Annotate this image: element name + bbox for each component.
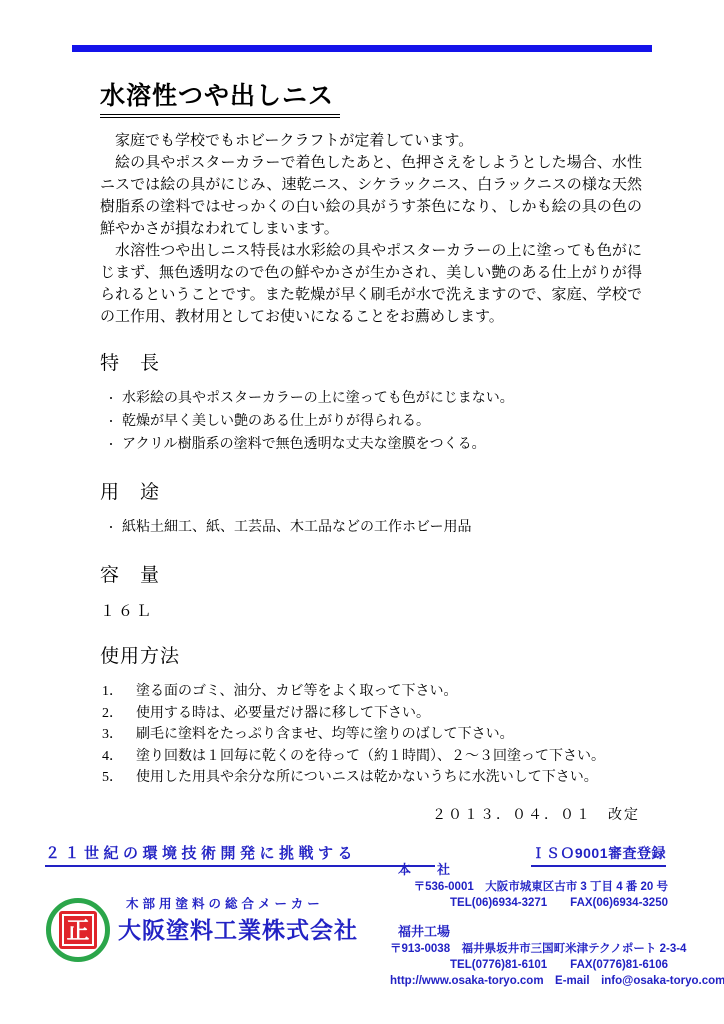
fukui-plant-label: 福井工場 (390, 924, 668, 940)
step-text: 使用する時は、必要量だけ器に移して下さい。 (136, 703, 430, 725)
usage-step: 4． 塗り回数は１回毎に乾くのを待って（約１時間）、２～３回塗って下さい。 (100, 746, 642, 768)
product-title: 水溶性つや出しニス (100, 76, 340, 118)
company-footer: ２１世紀の環境技術開発に挑戦する ＩＳＯ9001審査登録 正 木部用塗料の総合メ… (0, 842, 724, 1024)
usage-step: 5． 使用した用具や余分な所についニスは乾かないうちに水洗いして下さい。 (100, 767, 642, 789)
intro-paragraphs: 家庭でも学校でもホビークラフトが定着しています。 絵の具やポスターカラーで着色し… (100, 130, 642, 328)
list-item: ・ 紙粘土細工、紙、工芸品、木工品などの工作ホビー用品 (100, 517, 642, 540)
fukui-plant-phone: TEL(0776)81-6101 FAX(0776)81-6106 (390, 957, 668, 973)
intro-paragraph: 家庭でも学校でもホビークラフトが定着しています。 (100, 130, 642, 152)
company-name: 大阪塗料工業株式会社 (118, 912, 358, 945)
intro-paragraph: 絵の具やポスターカラーで着色したあと、色押さえをしようとした場合、水性ニスでは絵… (100, 152, 642, 240)
section-heading-usage: 使用方法 (100, 641, 642, 668)
revision-date: ２０１３．０４．０１ 改定 (100, 804, 642, 824)
fukui-plant-address: 〒913-0038 福井県坂井市三国町米津テクノポート 2-3-4 (390, 941, 668, 957)
use-text: 紙粘土細工、紙、工芸品、木工品などの工作ホビー用品 (122, 517, 471, 540)
office-info: 本 社 〒536-0001 大阪市城東区古市 3 丁目 4 番 20 号 TEL… (390, 862, 668, 1002)
company-tagline: 木部用塗料の総合メーカー (126, 894, 324, 912)
feature-text: 水彩絵の具やポスターカラーの上に塗っても色がにじまない。 (122, 388, 514, 411)
capacity-value: １６Ｌ (100, 600, 642, 621)
head-office-label: 本 社 (390, 862, 668, 878)
step-text: 使用した用具や余分な所についニスは乾かないうちに水洗いして下さい。 (136, 767, 598, 789)
step-number: 5． (100, 767, 136, 789)
bullet-icon: ・ (100, 411, 122, 434)
top-rule-bar (72, 45, 652, 52)
step-number: 4． (100, 746, 136, 768)
step-text: 刷毛に塗料をたっぷり含ませ、均等に塗りのばして下さい。 (136, 724, 514, 746)
bullet-icon: ・ (100, 517, 122, 540)
feature-text: 乾燥が早く美しい艶のある仕上がりが得られる。 (122, 411, 430, 434)
usage-step: 1． 塗る面のゴミ、油分、カビ等をよく取って下さい。 (100, 681, 642, 703)
uses-list: ・ 紙粘土細工、紙、工芸品、木工品などの工作ホビー用品 (100, 517, 642, 540)
step-text: 塗る面のゴミ、油分、カビ等をよく取って下さい。 (136, 681, 457, 703)
step-text: 塗り回数は１回毎に乾くのを待って（約１時間）、２～３回塗って下さい。 (136, 746, 605, 768)
feature-text: アクリル樹脂系の塗料で無色透明な丈夫な塗膜をつくる。 (122, 434, 486, 457)
head-office-phone: TEL(06)6934-3271 FAX(06)6934-3250 (390, 895, 668, 911)
document-body: 水溶性つや出しニス 家庭でも学校でもホビークラフトが定着しています。 絵の具やポ… (100, 76, 642, 824)
section-heading-capacity: 容 量 (100, 560, 642, 587)
head-office-address: 〒536-0001 大阪市城東区古市 3 丁目 4 番 20 号 (390, 879, 668, 895)
document-page: 水溶性つや出しニス 家庭でも学校でもホビークラフトが定着しています。 絵の具やポ… (0, 0, 724, 1024)
section-heading-uses: 用 途 (100, 477, 642, 504)
step-number: 1． (100, 681, 136, 703)
list-item: ・ 水彩絵の具やポスターカラーの上に塗っても色がにじまない。 (100, 388, 642, 411)
usage-step: 2． 使用する時は、必要量だけ器に移して下さい。 (100, 703, 642, 725)
head-office-block: 本 社 〒536-0001 大阪市城東区古市 3 丁目 4 番 20 号 TEL… (390, 862, 668, 911)
website-email-text: http://www.osaka-toryo.com E-mail info@o… (390, 973, 668, 989)
logo-red-square: 正 (59, 911, 97, 949)
list-item: ・ アクリル樹脂系の塗料で無色透明な丈夫な塗膜をつくる。 (100, 434, 642, 457)
intro-paragraph: 水溶性つや出しニス特長は水彩絵の具やポスターカラーの上に塗っても色がにじまず、無… (100, 240, 642, 328)
company-slogan: ２１世紀の環境技術開発に挑戦する (45, 842, 435, 867)
section-heading-features: 特 長 (100, 348, 642, 375)
usage-step: 3． 刷毛に塗料をたっぷり含ませ、均等に塗りのばして下さい。 (100, 724, 642, 746)
fukui-plant-block: 福井工場 〒913-0038 福井県坂井市三国町米津テクノポート 2-3-4 T… (390, 924, 668, 989)
bullet-icon: ・ (100, 388, 122, 411)
list-item: ・ 乾燥が早く美しい艶のある仕上がりが得られる。 (100, 411, 642, 434)
usage-steps: 1． 塗る面のゴミ、油分、カビ等をよく取って下さい。 2． 使用する時は、必要量… (100, 681, 642, 789)
logo-character: 正 (62, 914, 94, 946)
step-number: 2． (100, 703, 136, 725)
bullet-icon: ・ (100, 434, 122, 457)
company-logo-icon: 正 (46, 898, 110, 962)
features-list: ・ 水彩絵の具やポスターカラーの上に塗っても色がにじまない。 ・ 乾燥が早く美し… (100, 388, 642, 457)
step-number: 3． (100, 724, 136, 746)
